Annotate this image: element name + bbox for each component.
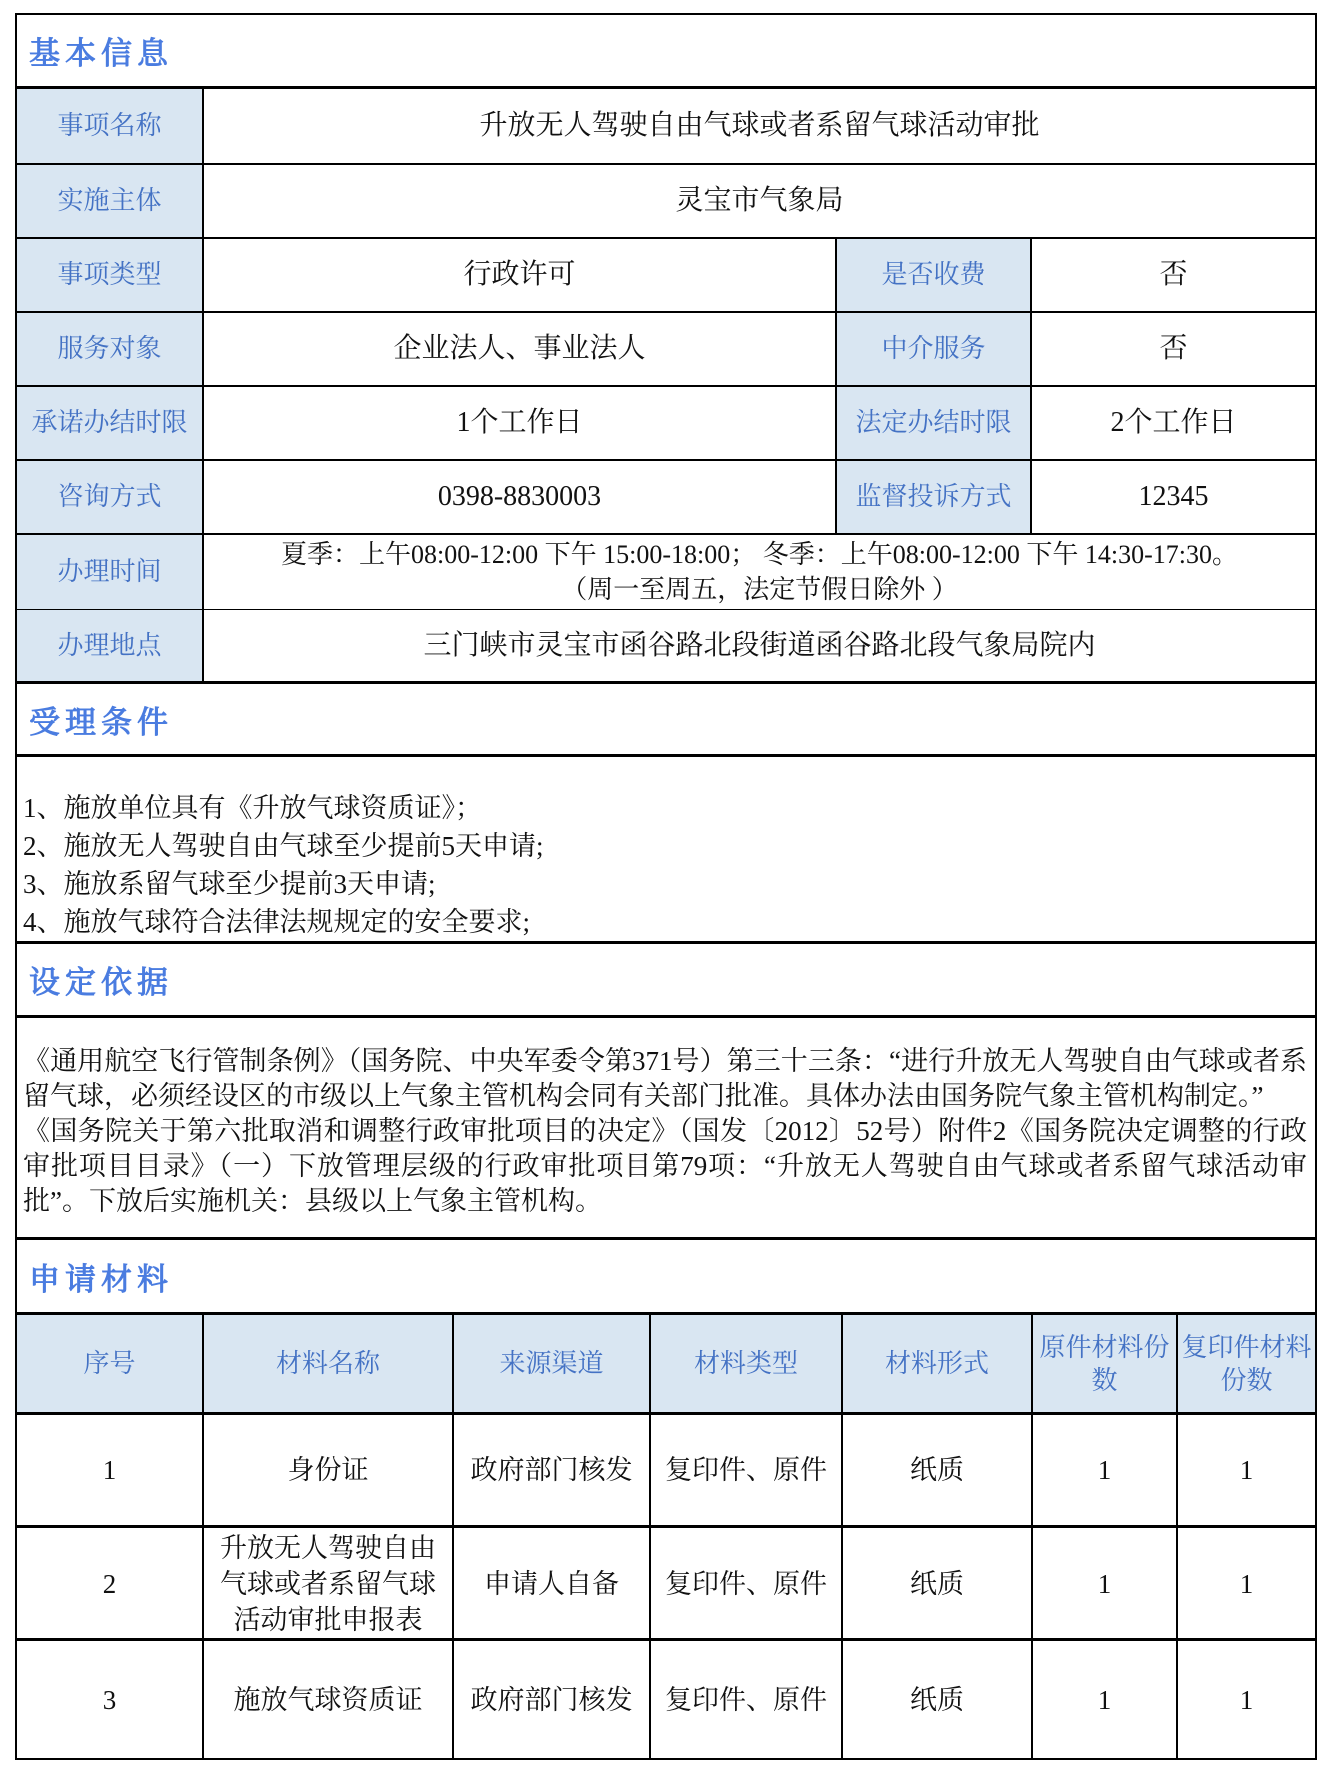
- row-consultation: 咨询方式 0398-8830003 监督投诉方式 12345: [17, 461, 1315, 535]
- materials-cell-copy-count: 1: [1176, 1528, 1315, 1640]
- row-promised-time-limit: 承诺办结时限 1个工作日 法定办结时限 2个工作日: [17, 387, 1315, 461]
- field-label: 服务对象: [17, 313, 202, 385]
- field-label: 中介服务: [835, 313, 1030, 385]
- materials-cell-name: 身份证: [202, 1415, 452, 1525]
- materials-cell-source: 申请人自备: [452, 1528, 649, 1640]
- section-title-text: 受理条件: [29, 697, 173, 742]
- materials-cell-type: 复印件、原件: [649, 1641, 841, 1758]
- section-title-legal-basis: 设定依据: [17, 944, 1315, 1018]
- section-title-application-materials: 申请材料: [17, 1240, 1315, 1315]
- office-hours-line1: 夏季：上午08:00-12:00 下午 15:00-18:00； 冬季：上午08…: [281, 537, 1238, 572]
- row-item-name: 事项名称 升放无人驾驶自由气球或者系留气球活动审批: [17, 89, 1315, 165]
- legal-basis-paragraph: 《国务院关于第六批取消和调整行政审批项目的决定》（国发〔2012〕52号）附件2…: [23, 1114, 1307, 1219]
- field-label: 实施主体: [17, 165, 202, 237]
- field-value: 夏季：上午08:00-12:00 下午 15:00-18:00； 冬季：上午08…: [202, 535, 1315, 609]
- condition-item: 4、施放气球符合法律法规规定的安全要求;: [23, 903, 1309, 941]
- row-office-location: 办理地点 三门峡市灵宝市函谷路北段街道函谷路北段气象局院内: [17, 610, 1315, 684]
- field-value: 企业法人、事业法人: [202, 313, 835, 385]
- section-title-text: 设定依据: [29, 957, 173, 1002]
- materials-cell-source: 政府部门核发: [452, 1641, 649, 1758]
- materials-cell-name: 升放无人驾驶自由气球或者系留气球活动审批申报表: [202, 1528, 452, 1640]
- field-value: 12345: [1030, 461, 1315, 533]
- materials-header-cell: 材料形式: [841, 1315, 1031, 1412]
- field-value: 升放无人驾驶自由气球或者系留气球活动审批: [202, 89, 1315, 163]
- field-label: 咨询方式: [17, 461, 202, 533]
- field-label: 监督投诉方式: [835, 461, 1030, 533]
- row-office-hours: 办理时间 夏季：上午08:00-12:00 下午 15:00-18:00； 冬季…: [17, 535, 1315, 610]
- materials-cell-form: 纸质: [841, 1641, 1031, 1758]
- materials-cell-form: 纸质: [841, 1528, 1031, 1640]
- field-label: 事项名称: [17, 89, 202, 163]
- field-label: 办理时间: [17, 535, 202, 609]
- materials-cell-type: 复印件、原件: [649, 1415, 841, 1525]
- condition-item: 2、施放无人驾驶自由气球至少提前5天申请;: [23, 827, 1309, 865]
- field-label: 法定办结时限: [835, 387, 1030, 459]
- condition-item: 3、施放系留气球至少提前3天申请;: [23, 865, 1309, 903]
- materials-header-cell: 材料类型: [649, 1315, 841, 1412]
- row-item-type: 事项类型 行政许可 是否收费 否: [17, 239, 1315, 313]
- field-value: 灵宝市气象局: [202, 165, 1315, 237]
- acceptance-conditions-content: 1、施放单位具有《升放气球资质证》； 2、施放无人驾驶自由气球至少提前5天申请;…: [17, 757, 1315, 944]
- service-info-document: 基本信息 事项名称 升放无人驾驶自由气球或者系留气球活动审批 实施主体 灵宝市气…: [15, 13, 1317, 1760]
- field-value: 0398-8830003: [202, 461, 835, 533]
- materials-cell-form: 纸质: [841, 1415, 1031, 1525]
- condition-item: 1、施放单位具有《升放气球资质证》；: [23, 789, 1309, 827]
- field-label: 事项类型: [17, 239, 202, 311]
- field-value: 否: [1030, 239, 1315, 311]
- field-label: 承诺办结时限: [17, 387, 202, 459]
- materials-cell-seq: 1: [17, 1415, 202, 1525]
- materials-header-cell: 材料名称: [202, 1315, 452, 1412]
- legal-basis-paragraph: 《通用航空飞行管制条例》（国务院、中央军委令第371号）第三十三条：“进行升放无…: [23, 1044, 1307, 1114]
- materials-cell-original-count: 1: [1031, 1415, 1176, 1525]
- section-title-basic-info: 基本信息: [17, 15, 1315, 89]
- field-value: 行政许可: [202, 239, 835, 311]
- legal-basis-content: 《通用航空飞行管制条例》（国务院、中央军委令第371号）第三十三条：“进行升放无…: [17, 1018, 1315, 1240]
- materials-cell-source: 政府部门核发: [452, 1415, 649, 1525]
- field-label: 是否收费: [835, 239, 1030, 311]
- field-value: 2个工作日: [1030, 387, 1315, 459]
- materials-header-cell: 来源渠道: [452, 1315, 649, 1412]
- materials-header-cell: 序号: [17, 1315, 202, 1412]
- field-value: 否: [1030, 313, 1315, 385]
- materials-table-row: 1 身份证 政府部门核发 复印件、原件 纸质 1 1: [17, 1415, 1315, 1528]
- materials-table-row: 2 升放无人驾驶自由气球或者系留气球活动审批申报表 申请人自备 复印件、原件 纸…: [17, 1528, 1315, 1641]
- materials-cell-name: 施放气球资质证: [202, 1641, 452, 1758]
- section-title-text: 申请材料: [29, 1254, 173, 1299]
- materials-cell-copy-count: 1: [1176, 1415, 1315, 1525]
- section-title-text: 基本信息: [29, 28, 173, 73]
- materials-header-row: 序号 材料名称 来源渠道 材料类型 材料形式 原件材料份数 复印件材料份数: [17, 1315, 1315, 1415]
- row-implementing-body: 实施主体 灵宝市气象局: [17, 165, 1315, 239]
- materials-cell-seq: 3: [17, 1641, 202, 1758]
- materials-header-cell: 原件材料份数: [1031, 1315, 1176, 1412]
- row-service-target: 服务对象 企业法人、事业法人 中介服务 否: [17, 313, 1315, 387]
- materials-cell-seq: 2: [17, 1528, 202, 1640]
- materials-cell-original-count: 1: [1031, 1641, 1176, 1758]
- materials-header-cell: 复印件材料份数: [1176, 1315, 1315, 1412]
- materials-cell-original-count: 1: [1031, 1528, 1176, 1640]
- field-value: 三门峡市灵宝市函谷路北段街道函谷路北段气象局院内: [202, 610, 1315, 681]
- field-value: 1个工作日: [202, 387, 835, 459]
- office-hours-line2: （周一至周五，法定节假日除外 ）: [561, 572, 958, 607]
- materials-cell-type: 复印件、原件: [649, 1528, 841, 1640]
- materials-table-row: 3 施放气球资质证 政府部门核发 复印件、原件 纸质 1 1: [17, 1641, 1315, 1758]
- materials-cell-copy-count: 1: [1176, 1641, 1315, 1758]
- field-label: 办理地点: [17, 610, 202, 681]
- section-title-acceptance-conditions: 受理条件: [17, 684, 1315, 757]
